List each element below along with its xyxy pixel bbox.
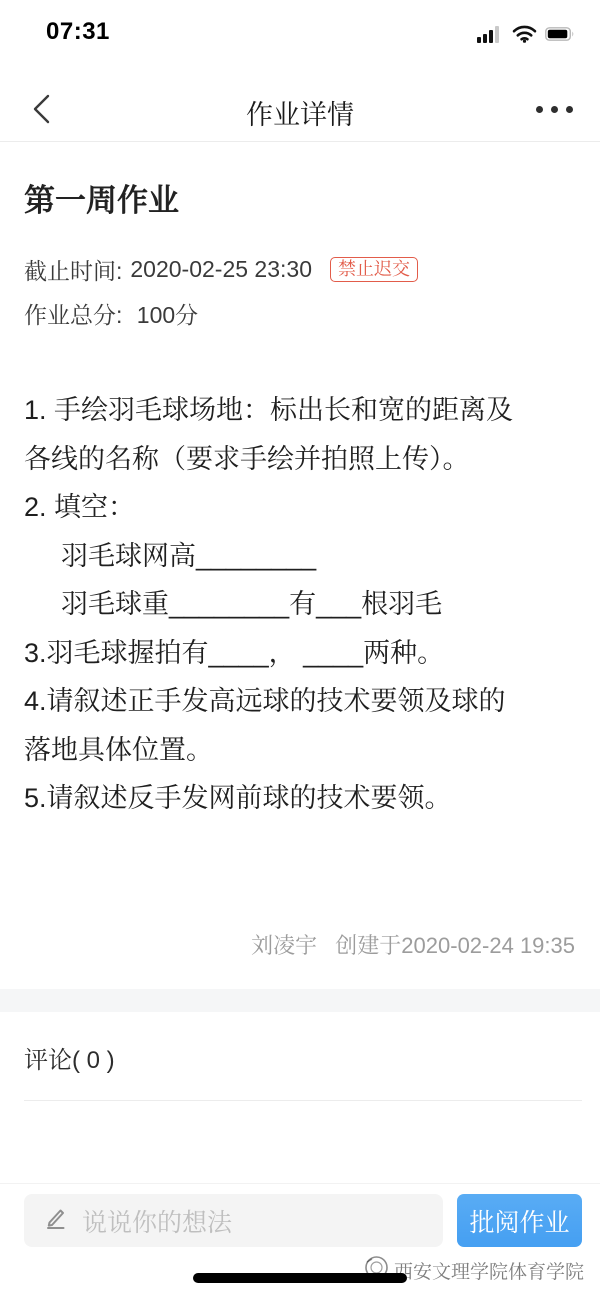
comment-placeholder: 说说你的想法 (82, 1203, 232, 1239)
comments-header: 评论( 0 ) (24, 1040, 115, 1075)
assignment-body: 1. 手绘羽毛球场地：标出长和宽的距离及 各线的名称（要求手绘并拍照上传）。 2… (24, 386, 576, 823)
deadline-label: 截止时间: (24, 253, 122, 286)
status-time: 07:31 (46, 18, 110, 46)
ellipsis-icon (536, 106, 543, 113)
homework-detail-screen: 07:31 (0, 0, 600, 1299)
no-late-submission-badge: 禁止迟交 (330, 257, 418, 282)
assignment-body-line: 2. 填空： (24, 483, 576, 532)
signal-icon (477, 26, 504, 48)
deadline-value: 2020-02-25 23:30 (130, 256, 312, 283)
assignment-body-line: 各线的名称（要求手绘并拍照上传）。 (24, 435, 576, 484)
deadline-row: 截止时间: 2020-02-25 23:30 禁止迟交 (24, 253, 418, 286)
author-line: 刘凌宇 创建于2020-02-24 19:35 (251, 929, 575, 960)
nav-bar: 作业详情 (0, 76, 600, 142)
author-name: 刘凌宇 (251, 933, 317, 958)
comment-input[interactable]: 说说你的想法 (24, 1194, 443, 1247)
watermark-text: 西安文理学院体育学院 (394, 1257, 584, 1284)
composer-bar: 说说你的想法 批阅作业 (0, 1183, 600, 1257)
assignment-body-line: 1. 手绘羽毛球场地：标出长和宽的距离及 (24, 386, 576, 435)
score-label: 作业总分: (24, 302, 122, 328)
status-icons (477, 25, 575, 48)
assignment-body-line: 4.请叙述正手发高远球的技术要领及球的 (24, 677, 576, 726)
section-divider-band (0, 989, 600, 1012)
battery-icon (545, 27, 575, 46)
score-row: 作业总分: 100分 (24, 297, 198, 330)
assignment-title: 第一周作业 (24, 175, 179, 220)
pencil-icon (42, 1205, 69, 1237)
assignment-body-line: 3.羽毛球握拍有____， ____两种。 (24, 629, 576, 678)
assignment-body-line: 落地具体位置。 (24, 726, 576, 775)
comments-divider (24, 1100, 582, 1101)
wifi-icon (512, 25, 537, 48)
home-indicator[interactable] (193, 1273, 407, 1283)
score-value: 100分 (137, 302, 198, 328)
page-title: 作业详情 (0, 93, 600, 132)
assignment-body-line: 5.请叙述反手发网前球的技术要领。 (24, 774, 576, 823)
review-homework-button[interactable]: 批阅作业 (457, 1194, 582, 1247)
assignment-body-line: 羽毛球网高________ (24, 532, 576, 581)
more-menu-button[interactable] (530, 89, 578, 129)
created-timestamp: 创建于2020-02-24 19:35 (335, 933, 575, 958)
assignment-body-line: 羽毛球重________有___根羽毛 (24, 580, 576, 629)
